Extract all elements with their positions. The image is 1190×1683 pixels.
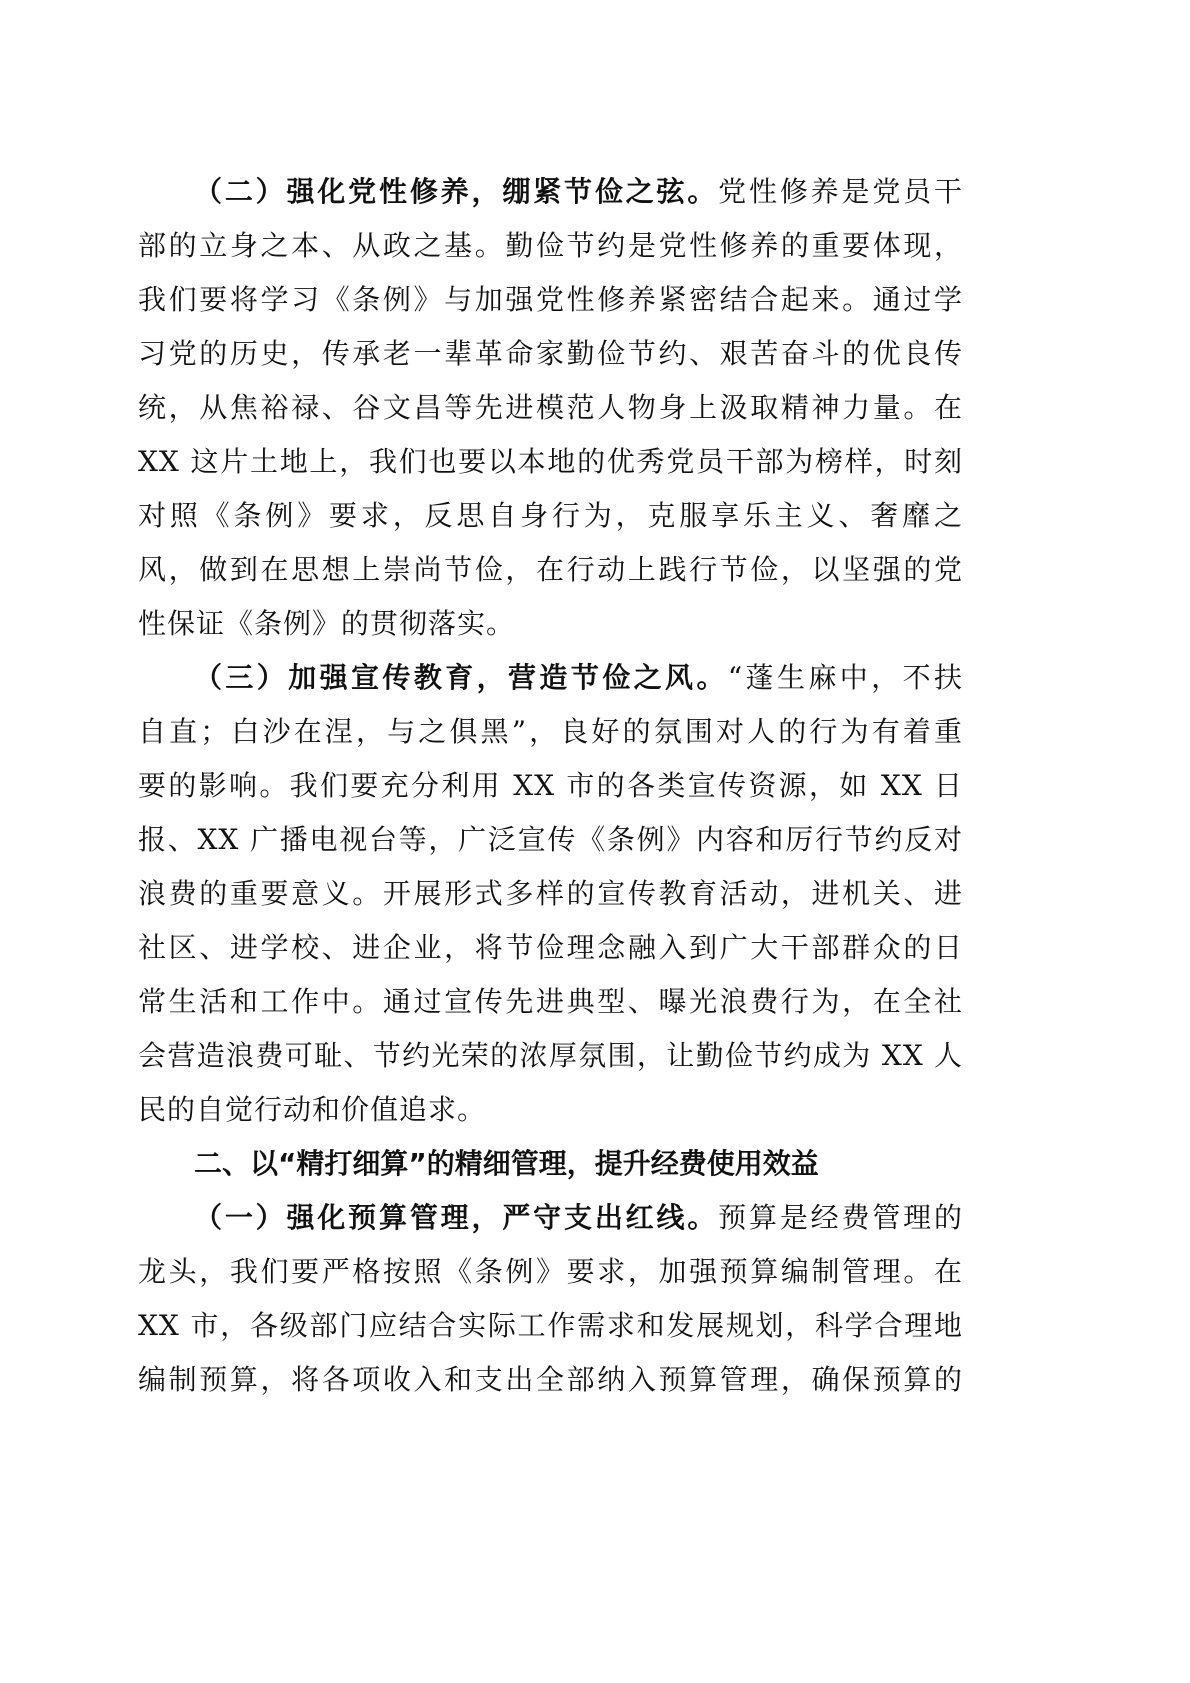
paragraph-line: 浪费的重要意义。开展形式多样的宣传教育活动，进机关、进 — [138, 867, 963, 921]
paragraph-line: 民的自觉行动和价值追求。 — [138, 1083, 963, 1137]
document-page: （二）强化党性修养，绷紧节俭之弦。党性修养是党员干 部的立身之本、从政之基。勤俭… — [138, 165, 963, 1407]
paragraph-line: 自直；白沙在涅，与之俱黑”，良好的氛围对人的行为有着重 — [138, 705, 963, 759]
paragraph-line: 风，做到在思想上崇尚节俭，在行动上践行节俭，以坚强的党 — [138, 543, 963, 597]
subheading-lead: （一）强化预算管理，严守支出红线。 — [194, 1201, 718, 1234]
paragraph-line: 会营造浪费可耻、节约光荣的浓厚氛围，让勤俭节约成为 XX 人 — [138, 1029, 963, 1083]
paragraph-line: XX 市，各级部门应结合实际工作需求和发展规划，科学合理地 — [138, 1299, 963, 1353]
paragraph-line: 统，从焦裕禄、谷文昌等先进模范人物身上汲取精神力量。在 — [138, 381, 963, 435]
paragraph-line: 性保证《条例》的贯彻落实。 — [138, 597, 963, 651]
subheading-lead: （三）加强宣传教育，营造节俭之风。 — [194, 661, 728, 694]
paragraph-line: 我们要将学习《条例》与加强党性修养紧密结合起来。通过学 — [138, 273, 963, 327]
paragraph-line: （二）强化党性修养，绷紧节俭之弦。党性修养是党员干 — [138, 165, 963, 219]
paragraph-line: 龙头，我们要严格按照《条例》要求，加强预算编制管理。在 — [138, 1245, 963, 1299]
paragraph-line: （一）强化预算管理，严守支出红线。预算是经费管理的 — [138, 1191, 963, 1245]
paragraph-line: 常生活和工作中。通过宣传先进典型、曝光浪费行为，在全社 — [138, 975, 963, 1029]
paragraph-line: 报、XX 广播电视台等，广泛宣传《条例》内容和厉行节约反对 — [138, 813, 963, 867]
paragraph-line: 要的影响。我们要充分利用 XX 市的各类宣传资源，如 XX 日 — [138, 759, 963, 813]
paragraph-line: XX 这片土地上，我们也要以本地的优秀党员干部为榜样，时刻 — [138, 435, 963, 489]
paragraph-line: 编制预算，将各项收入和支出全部纳入预算管理，确保预算的 — [138, 1353, 963, 1407]
paragraph-line: （三）加强宣传教育，营造节俭之风。“蓬生麻中，不扶 — [138, 651, 963, 705]
section-heading: 二、以“精打细算”的精细管理，提升经费使用效益 — [138, 1137, 963, 1191]
paragraph-line: 社区、进学校、进企业，将节俭理念融入到广大干部群众的日 — [138, 921, 963, 975]
paragraph-line: 部的立身之本、从政之基。勤俭节约是党性修养的重要体现， — [138, 219, 963, 273]
paragraph-line: 习党的历史，传承老一辈革命家勤俭节约、艰苦奋斗的优良传 — [138, 327, 963, 381]
paragraph-line: 对照《条例》要求，反思自身行为，克服享乐主义、奢靡之 — [138, 489, 963, 543]
subheading-lead: （二）强化党性修养，绷紧节俭之弦。 — [194, 175, 718, 208]
